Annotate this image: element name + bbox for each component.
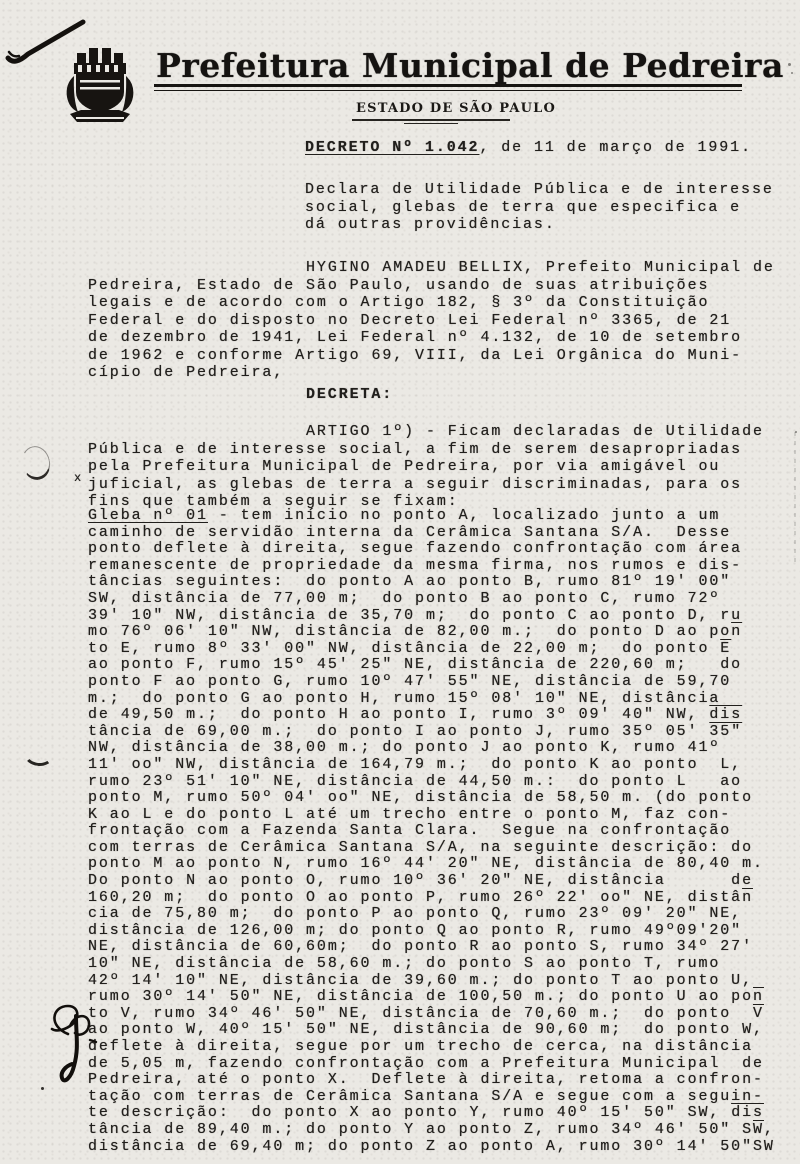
- text-line: cia de 75,80 m; do ponto P ao ponto Q, r…: [88, 906, 775, 923]
- text-line: 39' 10" NW, distância de 35,70 m; do pon…: [88, 608, 775, 625]
- margin-x-mark: x: [74, 471, 81, 485]
- header-rule-thick: [154, 84, 742, 87]
- text-line: Do ponto N ao ponto O, rumo 10º 36' 20" …: [88, 873, 775, 890]
- text-line: legais e de acordo com o Artigo 182, § 3…: [88, 294, 775, 312]
- text-line: rumo 30º 14' 50" NE, distância de 100,50…: [88, 989, 775, 1006]
- text-line: 160,20 m; do ponto O ao ponto P, rumo 26…: [88, 890, 775, 907]
- scan-speckle: [788, 63, 791, 66]
- text-line: social, glebas de terra que especifica e: [305, 199, 774, 217]
- text-line: mo 76º 06' 10" NW, distância de 82,00 m.…: [88, 624, 775, 641]
- text-line: tâncias seguintes: do ponto A ao ponto B…: [88, 574, 775, 591]
- text-line: NE, distância de 60,60m; do ponto R ao p…: [88, 939, 775, 956]
- decree-heading: DECRETO Nº 1.042, de 11 de março de 1991…: [305, 139, 752, 157]
- signature-mark: [30, 1000, 110, 1100]
- text-line: Gleba nº 01 - tem início no ponto A, loc…: [88, 508, 775, 525]
- text-line: Pública e de interesse social, a fim de …: [88, 441, 764, 459]
- header-rule-thin: [154, 90, 742, 92]
- text-line: ao ponto W, 40º 15' 50" NE, distância de…: [88, 1022, 775, 1039]
- text-line: dá outras providências.: [305, 216, 774, 234]
- gleba-01-paragraph: Gleba nº 01 - tem início no ponto A, loc…: [88, 508, 775, 1155]
- state-subtitle: ESTADO DE SÃO PAULO: [356, 101, 556, 116]
- text-line: ponto deflete à direita, segue fazendo c…: [88, 541, 775, 558]
- text-line: m.; do ponto G ao ponto H, rumo 15º 08' …: [88, 691, 775, 708]
- text-line: ponto M ao ponto N, rumo 16º 44' 20" NE,…: [88, 856, 775, 873]
- text-line: 10" NE, distância de 58,60 m.; do ponto …: [88, 956, 775, 973]
- text-line: distância de 69,40 m; do ponto Z ao pont…: [88, 1139, 775, 1156]
- text-line: cípio de Pedreira,: [88, 364, 775, 382]
- text-line: juficial, as glebas de terra a seguir di…: [88, 476, 764, 494]
- text-line: SW, distância de 77,00 m; do ponto B ao …: [88, 591, 775, 608]
- text-line: NW, distância de 38,00 m.; do ponto J ao…: [88, 740, 775, 757]
- preamble-paragraph: HYGINO AMADEU BELLIX, Prefeito Municipal…: [88, 259, 775, 382]
- text-line: HYGINO AMADEU BELLIX, Prefeito Municipal…: [88, 259, 775, 277]
- text-line: distância de 126,00 m; do ponto Q ao pon…: [88, 923, 775, 940]
- text-line: 42º 14' 10" NE, distância de 39,60 m.; d…: [88, 973, 775, 990]
- article-1-paragraph: ARTIGO 1º) - Ficam declaradas de Utilida…: [88, 423, 764, 511]
- text-line: Pedreira, Estado de São Paulo, usando de…: [88, 277, 775, 295]
- text-line: com terras de Cerâmica Santana S/A, na s…: [88, 840, 775, 857]
- text-line: Federal e do disposto no Decreto Lei Fed…: [88, 312, 775, 330]
- text-line: ponto M, rumo 50º 04' oo" NE, distância …: [88, 790, 775, 807]
- text-line: ao ponto F, rumo 15º 45' 25" NE, distânc…: [88, 657, 775, 674]
- text-line: de 1962 e conforme Artigo 69, VIII, da L…: [88, 347, 775, 365]
- text-line: rumo 23º 51' 10" NE, distância de 44,50 …: [88, 774, 775, 791]
- text-line: de 5,05 m, fazendo confrontação com a Pr…: [88, 1056, 775, 1073]
- text-line: tância de 69,00 m.; do ponto I ao ponto …: [88, 724, 775, 741]
- text-line: Pedreira, até o ponto X. Deflete à direi…: [88, 1072, 775, 1089]
- text-line: deflete à direita, segue por um trecho d…: [88, 1039, 775, 1056]
- scan-speckle: [791, 72, 793, 74]
- decreta-label: DECRETA:: [306, 386, 393, 403]
- coat-of-arms-icon: [62, 44, 140, 132]
- text-line: remanescente de propriedade da mesma fir…: [88, 558, 775, 575]
- scanned-decree-page: Prefeitura Municipal de Pedreira ESTADO …: [0, 0, 800, 1164]
- text-line: to E, rumo 8º 33' 00" NW, distância de 2…: [88, 641, 775, 658]
- text-line: tação com terras de Cerâmica Santana S/A…: [88, 1089, 775, 1106]
- text-line: 11' oo" NW, distância de 164,79 m.; do p…: [88, 757, 775, 774]
- subtitle-underline-second: [404, 123, 458, 125]
- text-line: pela Prefeitura Municipal de Pedreira, p…: [88, 458, 764, 476]
- page-title: Prefeitura Municipal de Pedreira: [156, 46, 784, 85]
- text-line: tância de 89,40 m.; do ponto Y ao ponto …: [88, 1122, 775, 1139]
- ink-dot: [41, 1087, 44, 1090]
- text-line: ARTIGO 1º) - Ficam declaradas de Utilida…: [88, 423, 764, 441]
- scan-edge-artifact: [794, 432, 796, 562]
- subtitle-underline: [352, 119, 510, 121]
- punch-hole-mark-top: [19, 443, 53, 482]
- text-line: to V, rumo 34º 46' 50" NE, distância de …: [88, 1006, 775, 1023]
- decree-summary: Declara de Utilidade Pública e de intere…: [305, 181, 774, 234]
- text-line: caminho de servidão interna da Cerâmica …: [88, 525, 775, 542]
- text-line: te descrição: do ponto X ao ponto Y, rum…: [88, 1105, 775, 1122]
- punch-hole-mark-bottom: [23, 740, 55, 767]
- text-line: DECRETO Nº 1.042, de 11 de março de 1991…: [305, 139, 752, 157]
- text-line: K ao L e do ponto L até um trecho entre …: [88, 807, 775, 824]
- text-line: frontação com a Fazenda Santa Clara. Seg…: [88, 823, 775, 840]
- text-line: ponto F ao ponto G, rumo 10º 47' 55" NE,…: [88, 674, 775, 691]
- text-line: Declara de Utilidade Pública e de intere…: [305, 181, 774, 199]
- text-line: de dezembro de 1941, Lei Federal nº 4.13…: [88, 329, 775, 347]
- text-line: de 49,50 m.; do ponto H ao ponto I, rumo…: [88, 707, 775, 724]
